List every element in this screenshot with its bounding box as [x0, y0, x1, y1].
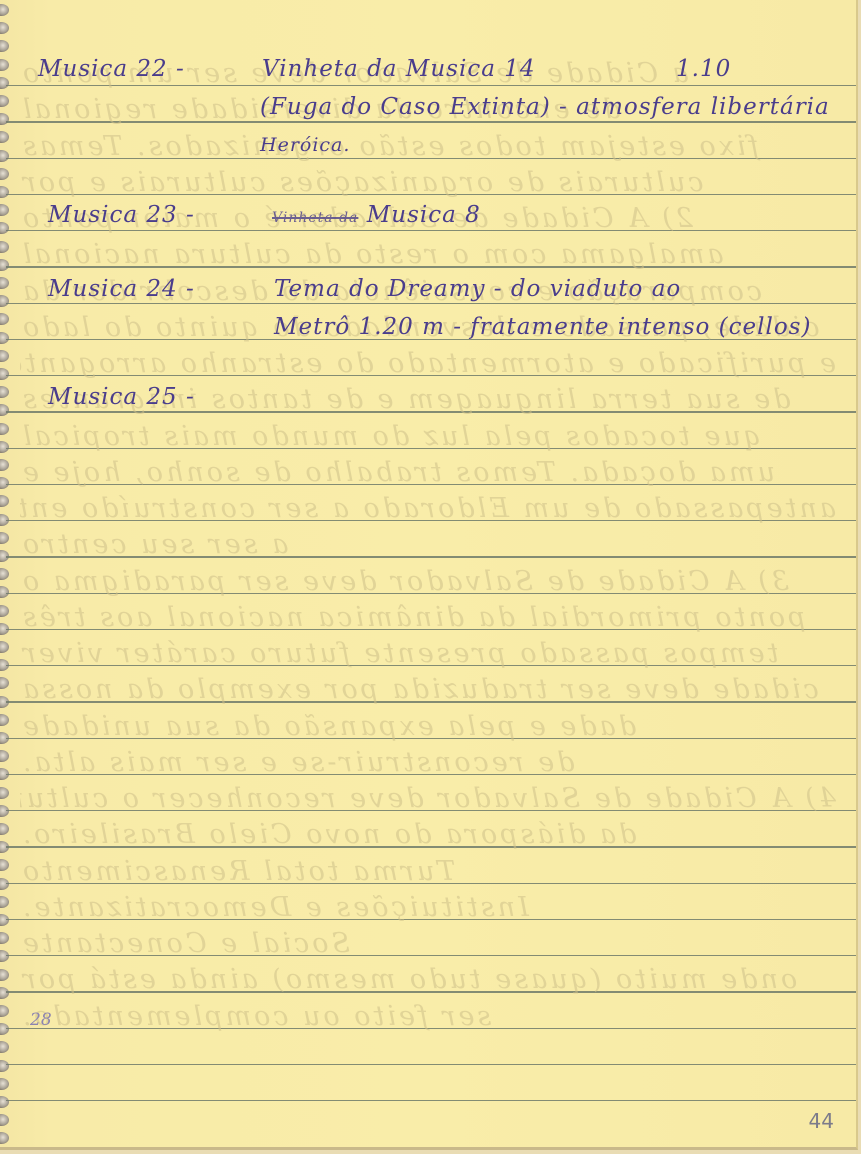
bleed-through-line: uma doçada. Temos trabalho de sonho, hoj… [20, 457, 836, 488]
bleed-through-line: Instituições e Democratizante. [20, 892, 836, 923]
bleed-through-line: antepassado de um Eldorado a ser constru… [20, 493, 836, 524]
entry-22-line-2: (Fuga do Caso Extinta) - atmosfera liber… [260, 94, 830, 120]
bleed-through-line: cidade deve ser traduzida por exemplo da… [20, 674, 836, 705]
bleed-through-line: dade e pela expansão da sua unidade [20, 711, 836, 742]
entry-22-line-3: Heróica. [260, 134, 350, 156]
entry-23-line-1: Vinheta da Musica 8 [272, 202, 481, 228]
bleed-through-line: tempos passado presente futuro caráter v… [20, 638, 836, 669]
ruled-line [6, 1100, 856, 1101]
entry-22-duration: 1.10 [676, 56, 731, 82]
entry-label-musica-23: Musica 23 - [48, 202, 195, 228]
bleed-through-line: 4) A Cidade de Salvador deve reconhecer … [20, 783, 836, 814]
bleed-through-line: da diáspora do novo Cielo Brasileiro. [20, 819, 836, 850]
page-number: 44 [809, 1109, 834, 1133]
entry-23-text: Musica 8 [367, 202, 481, 228]
entry-label-musica-25: Musica 25 - [48, 384, 195, 410]
bleed-through-line: amalgama com o resto da cultura nacional [20, 239, 836, 270]
bleed-through-line: de reconstruir-se e ser mais alta. [20, 747, 836, 778]
entry-label-musica-24: Musica 24 - [48, 276, 195, 302]
bleed-through-line: ponto primordial da dinâmica nacional ao… [20, 602, 836, 633]
bleed-through-line: culturais de organizações culturais e po… [20, 167, 836, 198]
entry-23-struck-text: Vinheta da [272, 210, 358, 226]
bleed-through-line: 3) A Cidade de Salvador deve ser paradig… [20, 566, 836, 597]
bleed-through-line: a ser seu centro [20, 529, 836, 560]
margin-note: 28 [30, 1010, 52, 1030]
notebook-page: a Cidade de Salvador deve ser um pontode… [0, 0, 858, 1150]
bleed-through-line: fixo estejam todos estão organizados. Te… [20, 131, 836, 162]
entry-24-line-1: Tema do Dreamy - do viaduto ao [274, 276, 681, 302]
bleed-through-line: onde muito (quase tudo mesmo) ainda está… [20, 964, 836, 995]
bleed-through-line: ser feito ou complementado. [20, 1001, 836, 1032]
bleed-through-line: Turma total Renascimento [20, 856, 836, 887]
entry-24-line-2: Metrô 1.20 m - fratamente intenso (cello… [274, 314, 811, 340]
ruled-line [6, 1064, 856, 1065]
entry-22-line-1: Vinheta da Musica 14 [262, 56, 536, 82]
bleed-through-line: Social e Conectante [20, 928, 836, 959]
bleed-through-line: e purificado e atormentado do estranho a… [20, 348, 836, 379]
entry-label-musica-22: Musica 22 - [38, 56, 185, 82]
bleed-through-line: que tocados pela luz do mundo mais tropi… [20, 421, 836, 452]
